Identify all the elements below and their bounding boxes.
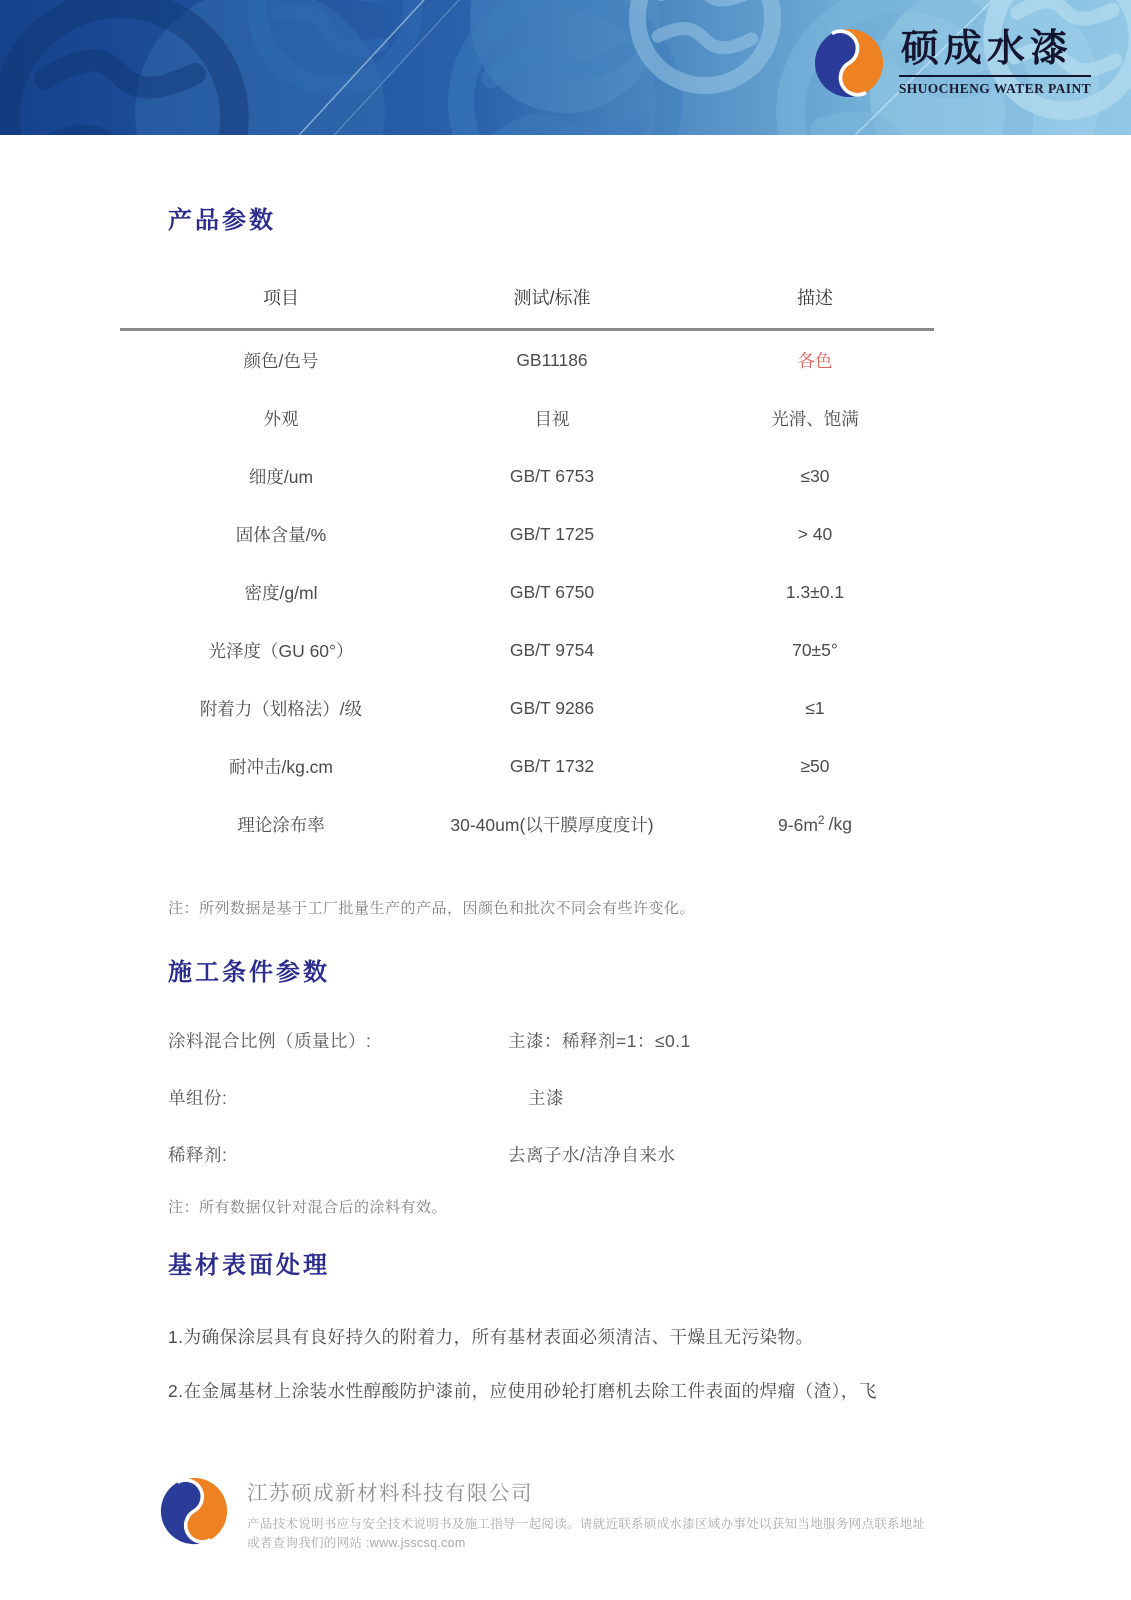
brand-name-en: SHUOCHENG WATER PAINT — [899, 81, 1091, 97]
cell-desc: ≥50 — [662, 756, 934, 777]
col-header-desc: 描述 — [662, 284, 934, 310]
param-label: 涂料混合比例（质量比）: — [168, 1028, 508, 1053]
cell-desc: 9-6m2/kg — [662, 813, 934, 836]
brand-name-cn: 硕成水漆 — [899, 29, 1091, 77]
col-header-item: 项目 — [120, 284, 442, 310]
cell-item: 颜色/色号 — [120, 348, 442, 373]
cell-item: 耐冲击/kg.cm — [120, 754, 442, 779]
footer-note-line2: 或者查询我们的网站 :www.jsscsq.com — [247, 1534, 925, 1553]
section-title-construction-params: 施工条件参数 — [168, 952, 330, 987]
header-banner: 硕成水漆 SHUOCHENG WATER PAINT — [0, 0, 1131, 135]
param-label: 稀释剂: — [168, 1142, 508, 1167]
cell-standard: GB/T 9286 — [442, 698, 662, 719]
cell-standard: GB/T 6753 — [442, 466, 662, 487]
table-row: 固体含量/% GB/T 1725 > 40 — [120, 505, 934, 563]
cell-standard: GB/T 1732 — [442, 756, 662, 777]
table-row: 颜色/色号 GB11186 各色 — [120, 331, 934, 389]
table-row: 外观 目视 光滑、饱满 — [120, 389, 934, 447]
param-value: 去离子水/洁净自来水 — [508, 1142, 675, 1167]
cell-desc: 各色 — [662, 348, 934, 373]
cell-item: 理论涂布率 — [120, 812, 442, 837]
construction-param-row: 稀释剂: 去离子水/洁净自来水 — [168, 1142, 1048, 1167]
table-note: 注：所列数据是基于工厂批量生产的产品，因颜色和批次不同会有些许变化。 — [168, 897, 695, 918]
cell-standard: GB11186 — [442, 350, 662, 371]
param-value: 主漆 — [508, 1085, 564, 1110]
cell-item: 外观 — [120, 406, 442, 431]
surface-prep-paragraph: 2.在金属基材上涂装水性醇酸防护漆前，应使用砂轮打磨机去除工件表面的焊瘤（渣），… — [168, 1378, 1078, 1404]
cell-item: 固体含量/% — [120, 522, 442, 547]
param-value: 主漆：稀释剂=1：≤0.1 — [508, 1028, 691, 1053]
cell-desc: > 40 — [662, 524, 934, 545]
section-title-surface-prep: 基材表面处理 — [168, 1245, 330, 1280]
section-title-product-params: 产品参数 — [168, 200, 276, 235]
brand-text: 硕成水漆 SHUOCHENG WATER PAINT — [899, 29, 1091, 97]
cell-desc: 1.3±0.1 — [662, 582, 934, 603]
cell-item: 细度/um — [120, 464, 442, 489]
brand-logo: 硕成水漆 SHUOCHENG WATER PAINT — [812, 26, 1091, 100]
company-name: 江苏硕成新材料科技有限公司 — [247, 1476, 925, 1506]
qr-code — [158, 1475, 230, 1547]
cell-desc: ≤1 — [662, 698, 934, 719]
cell-desc: 70±5° — [662, 640, 934, 661]
cell-item: 附着力（划格法）/级 — [120, 696, 442, 721]
datasheet-page: 硕成水漆 SHUOCHENG WATER PAINT 产品参数 项目 测试/标准… — [0, 0, 1131, 1600]
table-row: 附着力（划格法）/级 GB/T 9286 ≤1 — [120, 679, 934, 737]
page-footer: 江苏硕成新材料科技有限公司 产品技术说明书应与安全技术说明书及施工指导一起阅读。… — [158, 1475, 1078, 1553]
table-row: 密度/g/ml GB/T 6750 1.3±0.1 — [120, 563, 934, 621]
cell-standard: 30-40um(以干膜厚度度计) — [442, 812, 662, 837]
cell-standard: GB/T 6750 — [442, 582, 662, 603]
table-row: 光泽度（GU 60°） GB/T 9754 70±5° — [120, 621, 934, 679]
construction-note: 注：所有数据仅针对混合后的涂料有效。 — [168, 1196, 447, 1217]
table-row: 耐冲击/kg.cm GB/T 1732 ≥50 — [120, 737, 934, 795]
cell-item: 密度/g/ml — [120, 580, 442, 605]
brand-logo-icon — [812, 26, 886, 100]
cell-standard: 目视 — [442, 406, 662, 431]
qr-center-logo-icon — [157, 1474, 231, 1548]
surface-prep-paragraph: 1.为确保涂层具有良好持久的附着力，所有基材表面必须清洁、干燥且无污染物。 — [168, 1324, 1078, 1350]
footer-note-line1: 产品技术说明书应与安全技术说明书及施工指导一起阅读。请就近联系硕成水漆区域办事处… — [247, 1515, 925, 1534]
construction-param-row: 涂料混合比例（质量比）: 主漆：稀释剂=1：≤0.1 — [168, 1028, 1048, 1053]
footer-text-block: 江苏硕成新材料科技有限公司 产品技术说明书应与安全技术说明书及施工指导一起阅读。… — [247, 1475, 925, 1553]
cell-desc: ≤30 — [662, 466, 934, 487]
cell-item: 光泽度（GU 60°） — [120, 638, 442, 663]
cell-desc: 光滑、饱满 — [662, 406, 934, 431]
col-header-standard: 测试/标准 — [442, 284, 662, 310]
table-row: 细度/um GB/T 6753 ≤30 — [120, 447, 934, 505]
cell-standard: GB/T 9754 — [442, 640, 662, 661]
construction-param-row: 单组份: 主漆 — [168, 1085, 1048, 1110]
cell-standard: GB/T 1725 — [442, 524, 662, 545]
param-label: 单组份: — [168, 1085, 508, 1110]
table-row: 理论涂布率 30-40um(以干膜厚度度计) 9-6m2/kg — [120, 795, 934, 853]
product-params-table: 项目 测试/标准 描述 颜色/色号 GB11186 各色 外观 目视 光滑、饱满… — [120, 266, 934, 853]
footer-note: 产品技术说明书应与安全技术说明书及施工指导一起阅读。请就近联系硕成水漆区域办事处… — [247, 1515, 925, 1553]
table-header-row: 项目 测试/标准 描述 — [120, 266, 934, 328]
